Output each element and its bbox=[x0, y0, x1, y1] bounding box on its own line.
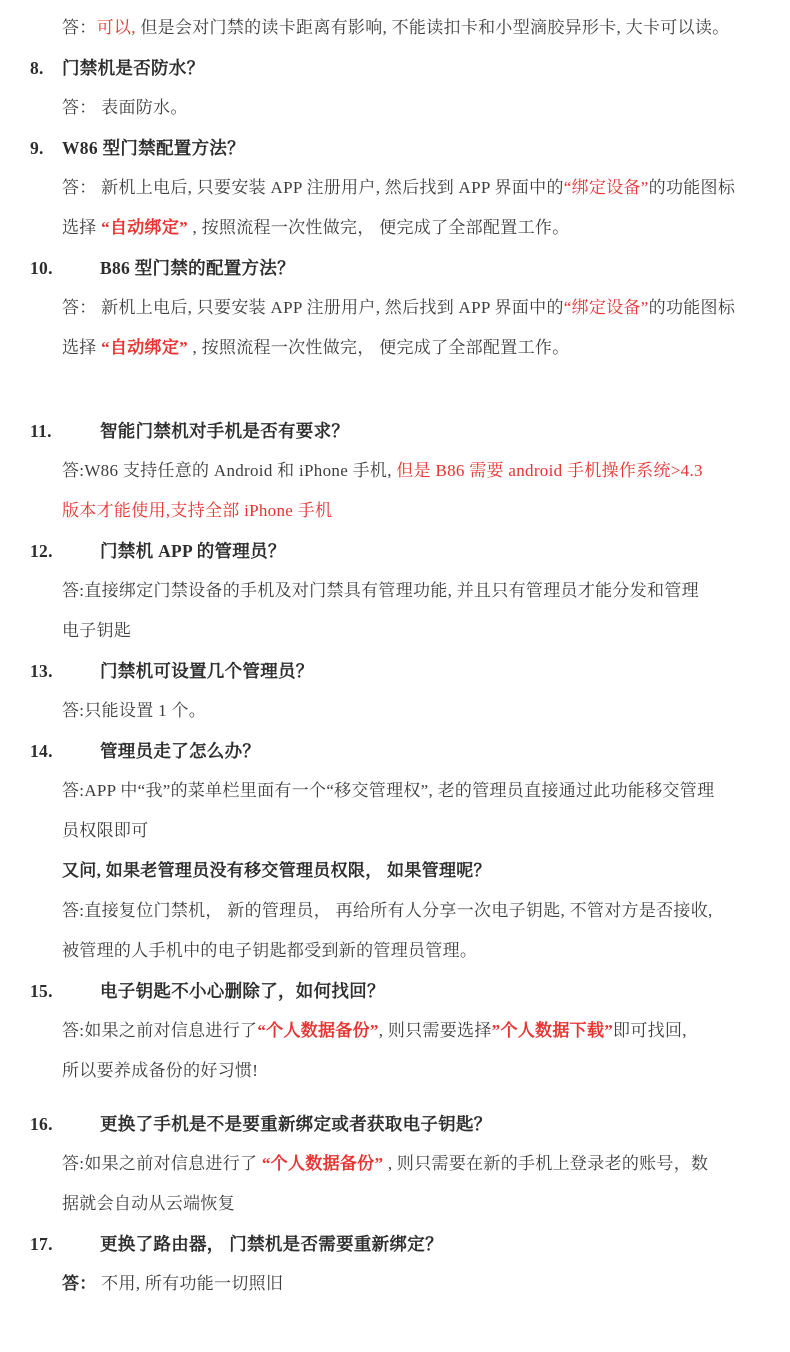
question-number: 12. bbox=[30, 531, 53, 571]
text-segment: , 按照流程一次性做完， 便完成了全部配置工作。 bbox=[188, 338, 570, 357]
question-line: 14.管理员走了怎么办？ bbox=[0, 731, 790, 771]
answer-line: 答： 新机上电后, 只要安装 APP 注册用户, 然后找到 APP 界面中的“绑… bbox=[0, 288, 790, 328]
text-segment: 又问, 如果老管理员没有移交管理员权限， 如果管理呢？ bbox=[62, 861, 491, 880]
text-segment: 答： bbox=[62, 1274, 97, 1293]
text-segment: 答： bbox=[62, 18, 97, 37]
text-segment: 答:APP 中“我”的菜单栏里面有一个“移交管理权”, 老的管理员直接通过此功能… bbox=[62, 781, 714, 800]
answer-line: 答:直接绑定门禁设备的手机及对门禁具有管理功能, 并且只有管理员才能分发和管理 bbox=[0, 571, 790, 611]
text-segment: 但是会对门禁的读卡距离有影响, 不能读扣卡和小型滴胶异形卡, 大卡可以读。 bbox=[136, 18, 730, 37]
highlighted-text: “个人数据备份” bbox=[257, 1021, 378, 1040]
text-segment: 答:直接复位门禁机， 新的管理员， 再给所有人分享一次电子钥匙, 不管对方是否接… bbox=[62, 901, 713, 920]
answer-line: 答：可以, 但是会对门禁的读卡距离有影响, 不能读扣卡和小型滴胶异形卡, 大卡可… bbox=[0, 8, 790, 48]
answer-line: 答:W86 支持任意的 Android 和 iPhone 手机, 但是 B86 … bbox=[0, 451, 790, 491]
answer-line: 答： 新机上电后, 只要安装 APP 注册用户, 然后找到 APP 界面中的“绑… bbox=[0, 168, 790, 208]
question-number: 17. bbox=[30, 1224, 53, 1264]
highlighted-text: 可以, bbox=[97, 18, 136, 37]
question-line: 11.智能门禁机对手机是否有要求？ bbox=[0, 411, 790, 451]
text-segment: 答:直接绑定门禁设备的手机及对门禁具有管理功能, 并且只有管理员才能分发和管理 bbox=[62, 581, 699, 600]
text-segment: B86 型门禁的配置方法？ bbox=[100, 258, 295, 278]
text-segment: , 则只需要选择 bbox=[379, 1021, 492, 1040]
question-number: 8. bbox=[30, 48, 44, 88]
highlighted-text: “绑定设备” bbox=[564, 298, 649, 317]
answer-line: 电子钥匙 bbox=[0, 611, 790, 651]
text-segment: 所以要养成备份的好习惯! bbox=[62, 1061, 258, 1080]
text-segment: 答:只能设置 1 个。 bbox=[62, 701, 206, 720]
highlighted-text: 但是 B86 需要 android 手机操作系统>4.3 bbox=[392, 461, 703, 480]
text-segment: 选择 bbox=[62, 338, 101, 357]
text-segment: 据就会自动从云端恢复 bbox=[62, 1194, 235, 1213]
answer-line: 答:APP 中“我”的菜单栏里面有一个“移交管理权”, 老的管理员直接通过此功能… bbox=[0, 771, 790, 811]
text-segment: 门禁机是否防水？ bbox=[62, 58, 204, 78]
answer-line: 所以要养成备份的好习惯! bbox=[0, 1051, 790, 1091]
text-segment: 被管理的人手机中的电子钥匙都受到新的管理员管理。 bbox=[62, 941, 477, 960]
answer-line: 答： 表面防水。 bbox=[0, 88, 790, 128]
highlighted-text: “绑定设备” bbox=[564, 178, 649, 197]
answer-line: 版本才能使用,支持全部 iPhone 手机 bbox=[0, 491, 790, 531]
question-line: 16.更换了手机是不是要重新绑定或者获取电子钥匙？ bbox=[0, 1104, 790, 1144]
text-segment: 更换了手机是不是要重新绑定或者获取电子钥匙？ bbox=[100, 1114, 492, 1134]
question-line: 9.W86 型门禁配置方法？ bbox=[0, 128, 790, 168]
text-segment: 电子钥匙 bbox=[62, 621, 131, 640]
text-segment: 更换了路由器， 门禁机是否需要重新绑定？ bbox=[100, 1234, 443, 1254]
question-line: 10.B86 型门禁的配置方法？ bbox=[0, 248, 790, 288]
text-segment: 智能门禁机对手机是否有要求？ bbox=[100, 421, 349, 441]
question-line: 12.门禁机 APP 的管理员？ bbox=[0, 531, 790, 571]
answer-line: 员权限即可 bbox=[0, 811, 790, 851]
faq-document: 答：可以, 但是会对门禁的读卡距离有影响, 不能读扣卡和小型滴胶异形卡, 大卡可… bbox=[0, 0, 790, 1352]
question-number: 11. bbox=[30, 411, 52, 451]
text-segment: 的功能图标 bbox=[649, 298, 736, 317]
question-number: 9. bbox=[30, 128, 44, 168]
text-segment: 答:W86 支持任意的 Android 和 iPhone 手机, bbox=[62, 461, 392, 480]
text-segment: 门禁机可设置几个管理员？ bbox=[100, 661, 314, 681]
question-number: 10. bbox=[30, 248, 53, 288]
question-number: 13. bbox=[30, 651, 53, 691]
highlighted-text: “自动绑定” bbox=[101, 338, 188, 357]
text-segment: 门禁机 APP 的管理员？ bbox=[100, 541, 286, 561]
text-segment: 不用, 所有功能一切照旧 bbox=[97, 1274, 284, 1293]
text-segment: 答:如果之前对信息进行了 bbox=[62, 1154, 262, 1173]
text-segment: 答： 表面防水。 bbox=[62, 98, 188, 117]
answer-line: 选择 “自动绑定” , 按照流程一次性做完， 便完成了全部配置工作。 bbox=[0, 328, 790, 368]
answer-line: 答:只能设置 1 个。 bbox=[0, 691, 790, 731]
question-line: 8.门禁机是否防水？ bbox=[0, 48, 790, 88]
followup-question-line: 又问, 如果老管理员没有移交管理员权限， 如果管理呢？ bbox=[0, 851, 790, 891]
text-segment: 答:如果之前对信息进行了 bbox=[62, 1021, 257, 1040]
text-segment: , 则只需要在新的手机上登录老的账号，数 bbox=[383, 1154, 708, 1173]
answer-line: 答:如果之前对信息进行了 “个人数据备份” , 则只需要在新的手机上登录老的账号… bbox=[0, 1144, 790, 1184]
text-segment: 选择 bbox=[62, 218, 101, 237]
question-number: 15. bbox=[30, 971, 53, 1011]
answer-line: 答:如果之前对信息进行了“个人数据备份”, 则只需要选择”个人数据下载”即可找回… bbox=[0, 1011, 790, 1051]
text-segment: , 按照流程一次性做完， 便完成了全部配置工作。 bbox=[188, 218, 570, 237]
answer-line: 选择 “自动绑定” , 按照流程一次性做完， 便完成了全部配置工作。 bbox=[0, 208, 790, 248]
text-segment: 管理员走了怎么办？ bbox=[100, 741, 260, 761]
highlighted-text: ”个人数据下载” bbox=[492, 1021, 613, 1040]
question-number: 14. bbox=[30, 731, 53, 771]
question-number: 16. bbox=[30, 1104, 53, 1144]
text-segment: 即可找回, bbox=[613, 1021, 687, 1040]
question-line: 13.门禁机可设置几个管理员？ bbox=[0, 651, 790, 691]
text-segment: 员权限即可 bbox=[62, 821, 149, 840]
highlighted-text: “自动绑定” bbox=[101, 218, 188, 237]
highlighted-text: 版本才能使用,支持全部 iPhone 手机 bbox=[62, 501, 332, 520]
text-segment: 答： 新机上电后, 只要安装 APP 注册用户, 然后找到 APP 界面中的 bbox=[62, 178, 564, 197]
answer-line: 据就会自动从云端恢复 bbox=[0, 1184, 790, 1224]
answer-line: 被管理的人手机中的电子钥匙都受到新的管理员管理。 bbox=[0, 931, 790, 971]
highlighted-text: “个人数据备份” bbox=[262, 1154, 383, 1173]
question-line: 15.电子钥匙不小心删除了，如何找回？ bbox=[0, 971, 790, 1011]
answer-line: 答:直接复位门禁机， 新的管理员， 再给所有人分享一次电子钥匙, 不管对方是否接… bbox=[0, 891, 790, 931]
text-segment: 的功能图标 bbox=[649, 178, 736, 197]
question-line: 17.更换了路由器， 门禁机是否需要重新绑定？ bbox=[0, 1224, 790, 1264]
answer-line: 答： 不用, 所有功能一切照旧 bbox=[0, 1264, 790, 1304]
text-segment: 电子钥匙不小心删除了，如何找回？ bbox=[100, 981, 385, 1001]
text-segment: 答： 新机上电后, 只要安装 APP 注册用户, 然后找到 APP 界面中的 bbox=[62, 298, 564, 317]
text-segment: W86 型门禁配置方法？ bbox=[62, 138, 245, 158]
